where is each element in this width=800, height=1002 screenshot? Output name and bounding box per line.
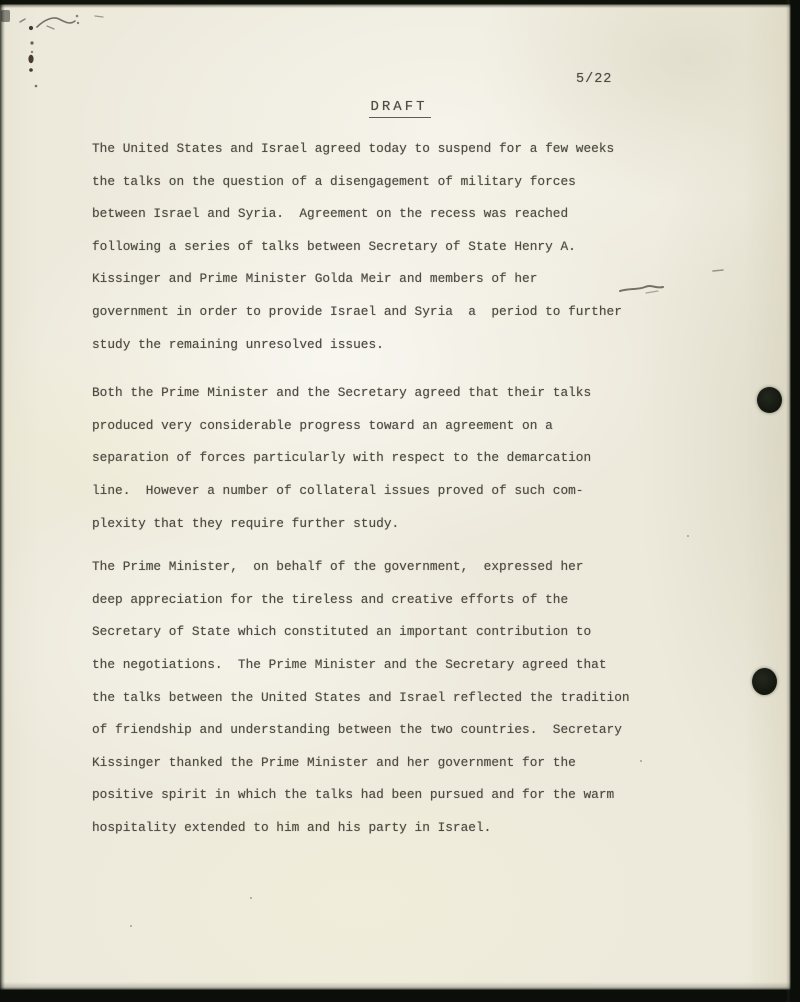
text-line: hospitality extended to him and his part… — [92, 812, 712, 845]
scan-edge-right — [786, 0, 800, 1002]
paper-speck — [130, 925, 132, 927]
text-line: deep appreciation for the tireless and c… — [92, 584, 712, 617]
paper-speck — [250, 897, 252, 899]
text-line: The United States and Israel agreed toda… — [92, 133, 712, 166]
paragraph: The United States and Israel agreed toda… — [92, 133, 712, 361]
document-body: The United States and Israel agreed toda… — [92, 133, 712, 860]
text-line: Kissinger and Prime Minister Golda Meir … — [92, 263, 712, 296]
text-line: Secretary of State which constituted an … — [92, 616, 712, 649]
text-line: positive spirit in which the talks had b… — [92, 779, 712, 812]
pencil-scribble-marks — [0, 0, 130, 100]
text-line: plexity that they require further study. — [92, 508, 712, 541]
text-line: the talks between the United States and … — [92, 682, 712, 715]
document-title-text: DRAFT — [369, 99, 430, 118]
text-line: separation of forces particularly with r… — [92, 442, 712, 475]
text-line: The Prime Minister, on behalf of the gov… — [92, 551, 712, 584]
scan-edge-top — [0, 0, 800, 8]
text-line: government in order to provide Israel an… — [92, 296, 712, 329]
document-title: DRAFT — [0, 99, 800, 115]
scan-edge-left — [0, 0, 5, 1002]
text-line: following a series of talks between Secr… — [92, 231, 712, 264]
text-line: the negotiations. The Prime Minister and… — [92, 649, 712, 682]
hole-punch-top — [757, 387, 782, 413]
text-line: of friendship and understanding between … — [92, 714, 712, 747]
text-line: between Israel and Syria. Agreement on t… — [92, 198, 712, 231]
paper-speck — [687, 535, 689, 537]
text-line: produced very considerable progress towa… — [92, 410, 712, 443]
text-line: Kissinger thanked the Prime Minister and… — [92, 747, 712, 780]
text-line: study the remaining unresolved issues. — [92, 329, 712, 362]
smudge-mark — [1, 10, 10, 22]
text-line: the talks on the question of a disengage… — [92, 166, 712, 199]
scan-edge-bottom — [0, 982, 800, 1002]
text-line: Both the Prime Minister and the Secretar… — [92, 377, 712, 410]
page-number: 5/22 — [576, 72, 612, 87]
paragraph: The Prime Minister, on behalf of the gov… — [92, 551, 712, 844]
text-line: line. However a number of collateral iss… — [92, 475, 712, 508]
hole-punch-bottom — [752, 668, 777, 695]
paper-speck — [640, 760, 642, 762]
paragraph: Both the Prime Minister and the Secretar… — [92, 377, 712, 540]
scanned-document-page: 5/22 DRAFT The United States and Israel … — [0, 0, 800, 1002]
